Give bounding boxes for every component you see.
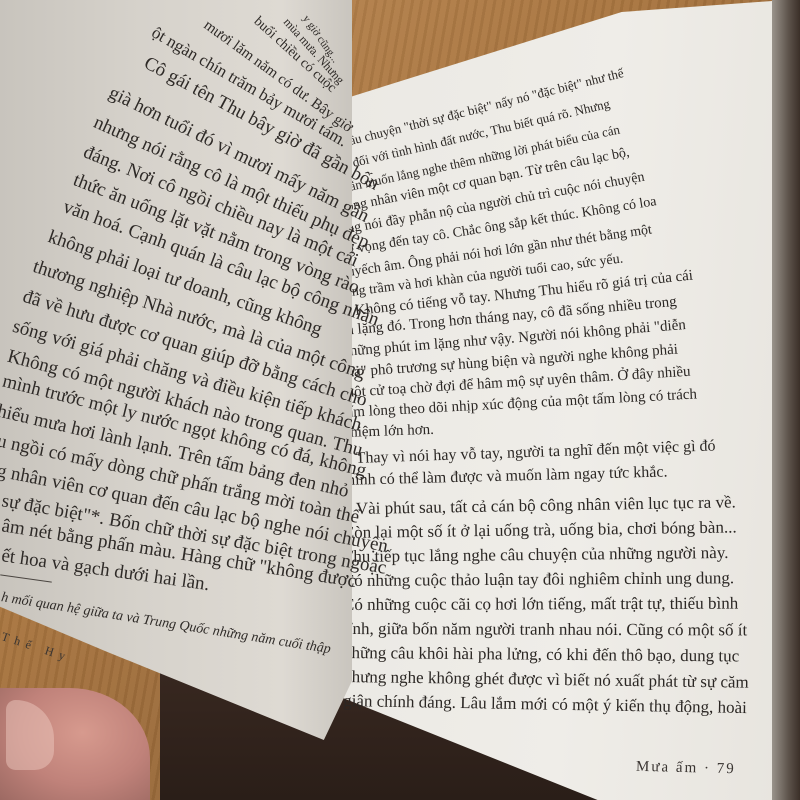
page-number: 79	[716, 761, 735, 777]
right-page-footer: Mưa ấm · 79	[636, 759, 736, 779]
right-page-line: những câu khôi hài pha lửng, có khi đến …	[343, 643, 739, 666]
right-page-line: tĩnh, giữa bốn năm người tranh nhau nói.…	[343, 619, 747, 640]
right-page-line: Có những cuộc cãi cọ hơi lớn tiếng, mất …	[343, 594, 738, 615]
book-title-footer: Mưa ấm	[636, 759, 699, 777]
footer-separator: ·	[704, 760, 717, 776]
right-page-line: Thu tiếp tục lắng nghe câu chuyện của nh…	[343, 543, 729, 567]
page-stack-edge	[772, 0, 800, 800]
right-page-line: Có những cuộc thảo luận tay đôi nghiêm c…	[343, 568, 734, 591]
